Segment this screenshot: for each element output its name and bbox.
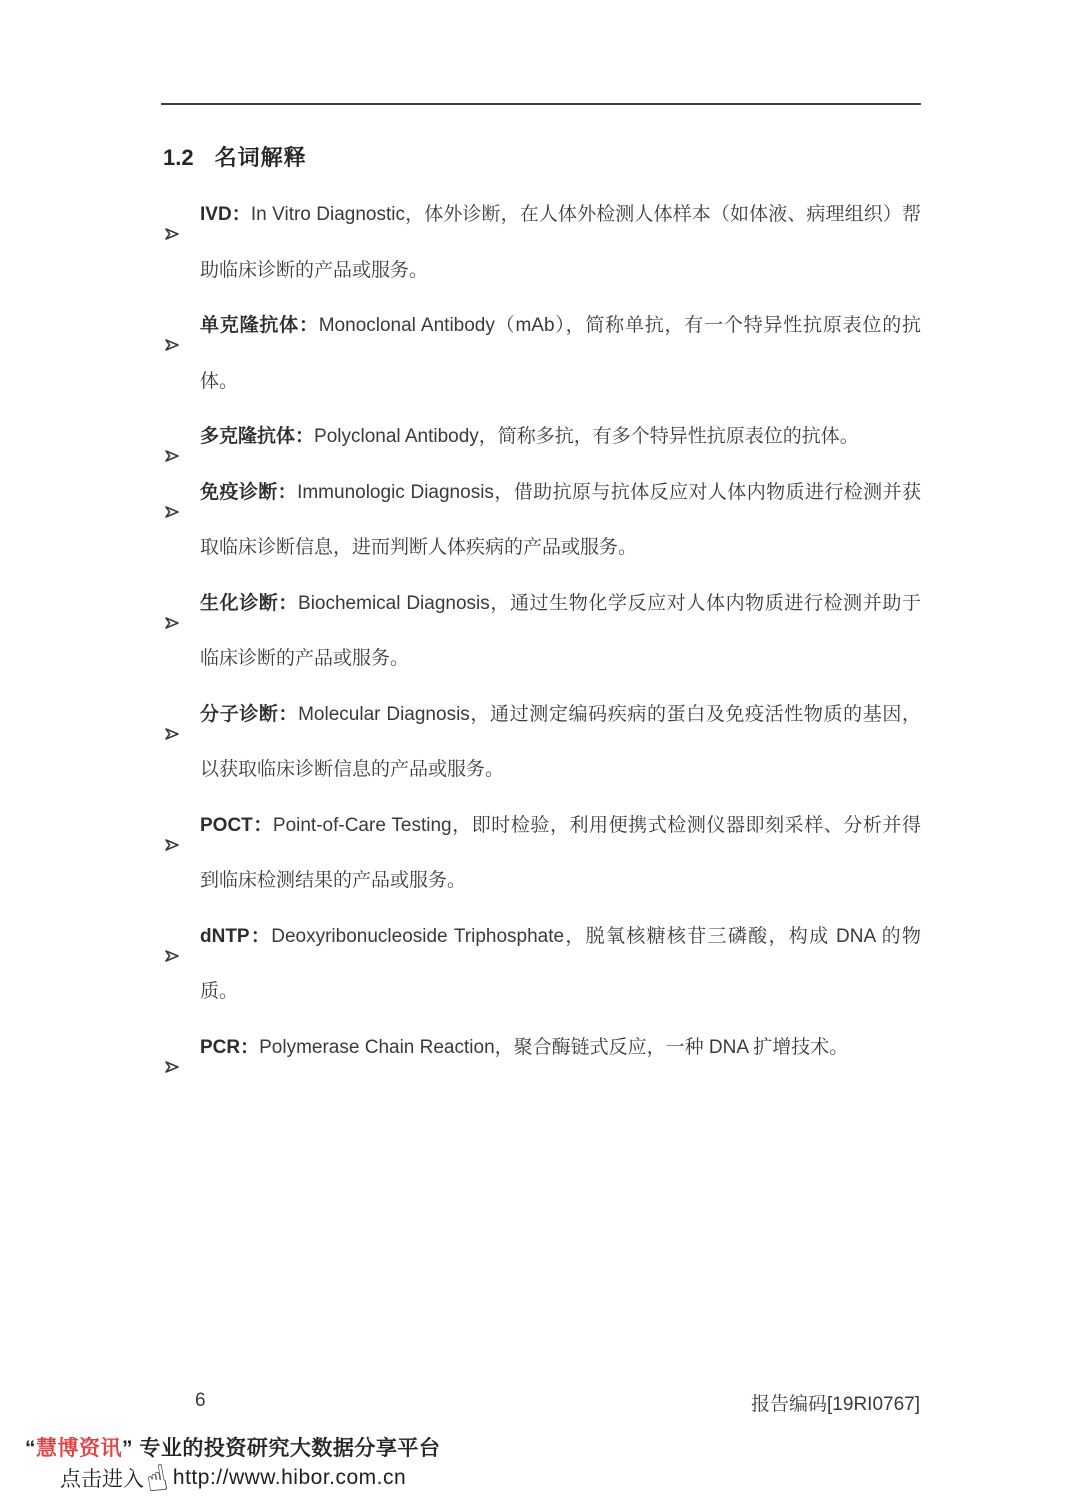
pointing-hand-icon: ☝ (146, 1478, 168, 1482)
arrowhead-bullet-icon (164, 930, 180, 944)
arrowhead-bullet-icon (164, 208, 180, 222)
term-item-pab: 多克隆抗体：Polyclonal Antibody，简称多抗，有多个特异性抗原表… (163, 409, 921, 465)
term-item-immunologic: 免疫诊断：Immunologic Diagnosis，借助抗原与抗体反应对人体内… (163, 465, 921, 576)
term-label: 单克隆抗体： (200, 315, 319, 336)
term-definition: In Vitro Diagnostic，体外诊断，在人体外检测人体样本（如体液、… (200, 204, 921, 281)
term-definition: Deoxyribonucleoside Triphosphate，脱氧核糖核苷三… (200, 926, 921, 1003)
arrowhead-bullet-icon (164, 1041, 180, 1055)
close-quote: ” (122, 1437, 133, 1460)
term-label: PCR： (200, 1037, 259, 1058)
term-label: 生化诊断： (200, 593, 298, 614)
term-definition: Polymerase Chain Reaction，聚合酶链式反应，一种 DNA… (259, 1037, 848, 1058)
term-label: 分子诊断： (200, 704, 298, 725)
arrowhead-bullet-icon (164, 708, 180, 722)
watermark-url-link[interactable]: http://www.hibor.com.cn (173, 1466, 406, 1490)
term-item-biochemical: 生化诊断：Biochemical Diagnosis，通过生物化学反应对人体内物… (163, 576, 921, 687)
term-item-pcr: PCR：Polymerase Chain Reaction，聚合酶链式反应，一种… (163, 1020, 921, 1076)
section-title: 名词解释 (215, 141, 307, 172)
term-definition: Point-of-Care Testing，即时检验，利用便携式检测仪器即刻采样… (200, 815, 921, 892)
arrowhead-bullet-icon (164, 819, 180, 833)
document-page: 1.2 名词解释 IVD：In Vitro Diagnostic，体外诊断，在人… (0, 0, 1080, 1507)
glossary-list: IVD：In Vitro Diagnostic，体外诊断，在人体外检测人体样本（… (163, 187, 921, 1075)
page-number: 6 (195, 1390, 206, 1412)
term-item-ivd: IVD：In Vitro Diagnostic，体外诊断，在人体外检测人体样本（… (163, 187, 921, 298)
arrowhead-bullet-icon (164, 430, 180, 444)
term-definition: Immunologic Diagnosis，借助抗原与抗体反应对人体内物质进行检… (200, 482, 921, 559)
term-item-dntp: dNTP：Deoxyribonucleoside Triphosphate，脱氧… (163, 909, 921, 1020)
term-label: 多克隆抗体： (200, 426, 314, 447)
term-label: 免疫诊断： (200, 482, 297, 503)
term-label: POCT： (200, 815, 273, 836)
section-heading: 1.2 名词解释 (163, 141, 307, 172)
term-label: IVD： (200, 204, 251, 225)
term-item-mab: 单克隆抗体：Monoclonal Antibody（mAb），简称单抗，有一个特… (163, 298, 921, 409)
arrowhead-bullet-icon (164, 486, 180, 500)
term-label: dNTP： (200, 926, 271, 947)
watermark-brand: 慧博资讯 (36, 1437, 122, 1460)
term-item-poct: POCT：Point-of-Care Testing，即时检验，利用便携式检测仪… (163, 798, 921, 909)
header-rule (161, 103, 921, 105)
watermark-link-line: 点击进入 ☝ http://www.hibor.com.cn (60, 1463, 406, 1493)
watermark-cta: 点击进入 (60, 1463, 144, 1493)
watermark-brand-line: “慧博资讯” 专业的投资研究大数据分享平台 (25, 1432, 440, 1462)
arrowhead-bullet-icon (164, 597, 180, 611)
report-code: 报告编码[19RI0767] (751, 1389, 920, 1416)
term-definition: Molecular Diagnosis，通过测定编码疾病的蛋白及免疫活性物质的基… (200, 704, 921, 781)
term-item-molecular: 分子诊断：Molecular Diagnosis，通过测定编码疾病的蛋白及免疫活… (163, 687, 921, 798)
section-number: 1.2 (163, 145, 194, 171)
arrowhead-bullet-icon (164, 319, 180, 333)
term-definition: Polyclonal Antibody，简称多抗，有多个特异性抗原表位的抗体。 (314, 426, 859, 447)
watermark-tagline: 专业的投资研究大数据分享平台 (139, 1437, 440, 1460)
term-definition: Biochemical Diagnosis，通过生物化学反应对人体内物质进行检测… (200, 593, 921, 670)
open-quote: “ (25, 1437, 36, 1460)
